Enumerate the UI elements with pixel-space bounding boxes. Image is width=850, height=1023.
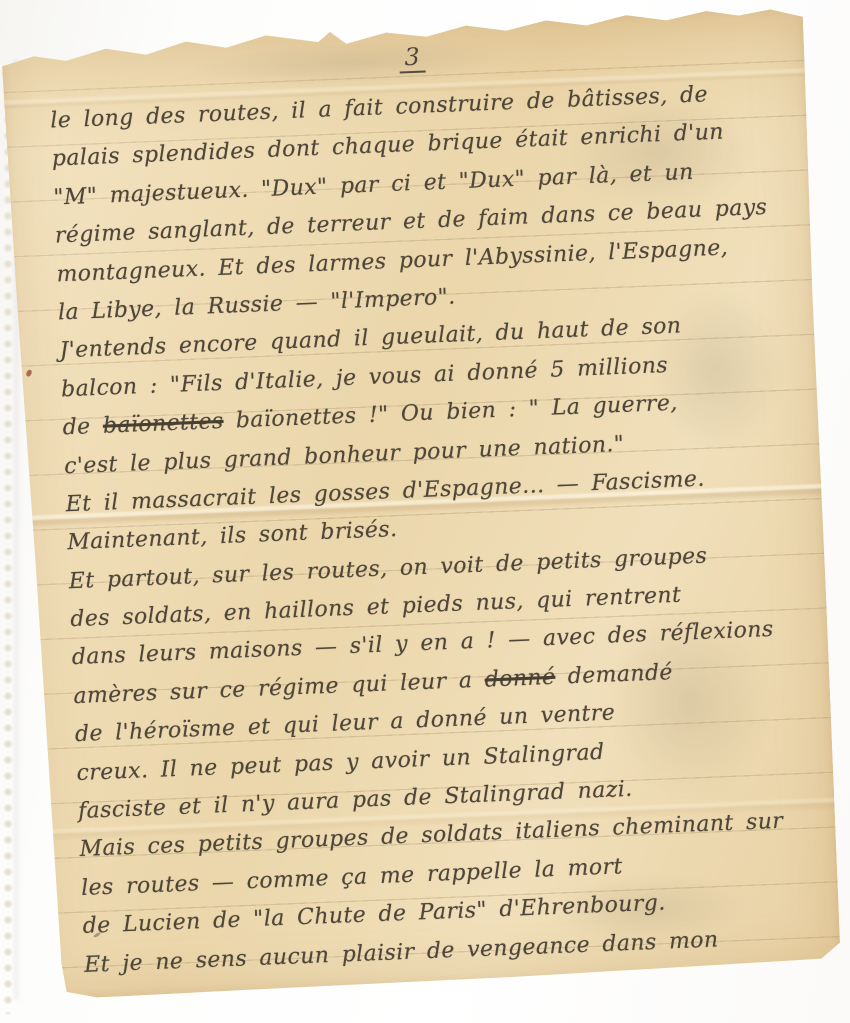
- manuscript-text: le long des routes, il a fait construire…: [50, 73, 813, 984]
- page-number: 3: [399, 44, 425, 74]
- manuscript-page: 3 le long des routes, il a fait construi…: [1, 6, 841, 999]
- struck-word: donné: [484, 665, 556, 693]
- scan-background: 3 le long des routes, il a fait construi…: [0, 0, 850, 1023]
- struck-word: baïonettes: [102, 409, 224, 439]
- manuscript-content: 3 le long des routes, il a fait construi…: [1, 6, 841, 999]
- manuscript-line-text: demandé: [555, 660, 673, 690]
- manuscript-line-text: Maintenant, ils sont brisés.: [67, 517, 398, 555]
- manuscript-line-text: de: [62, 414, 103, 441]
